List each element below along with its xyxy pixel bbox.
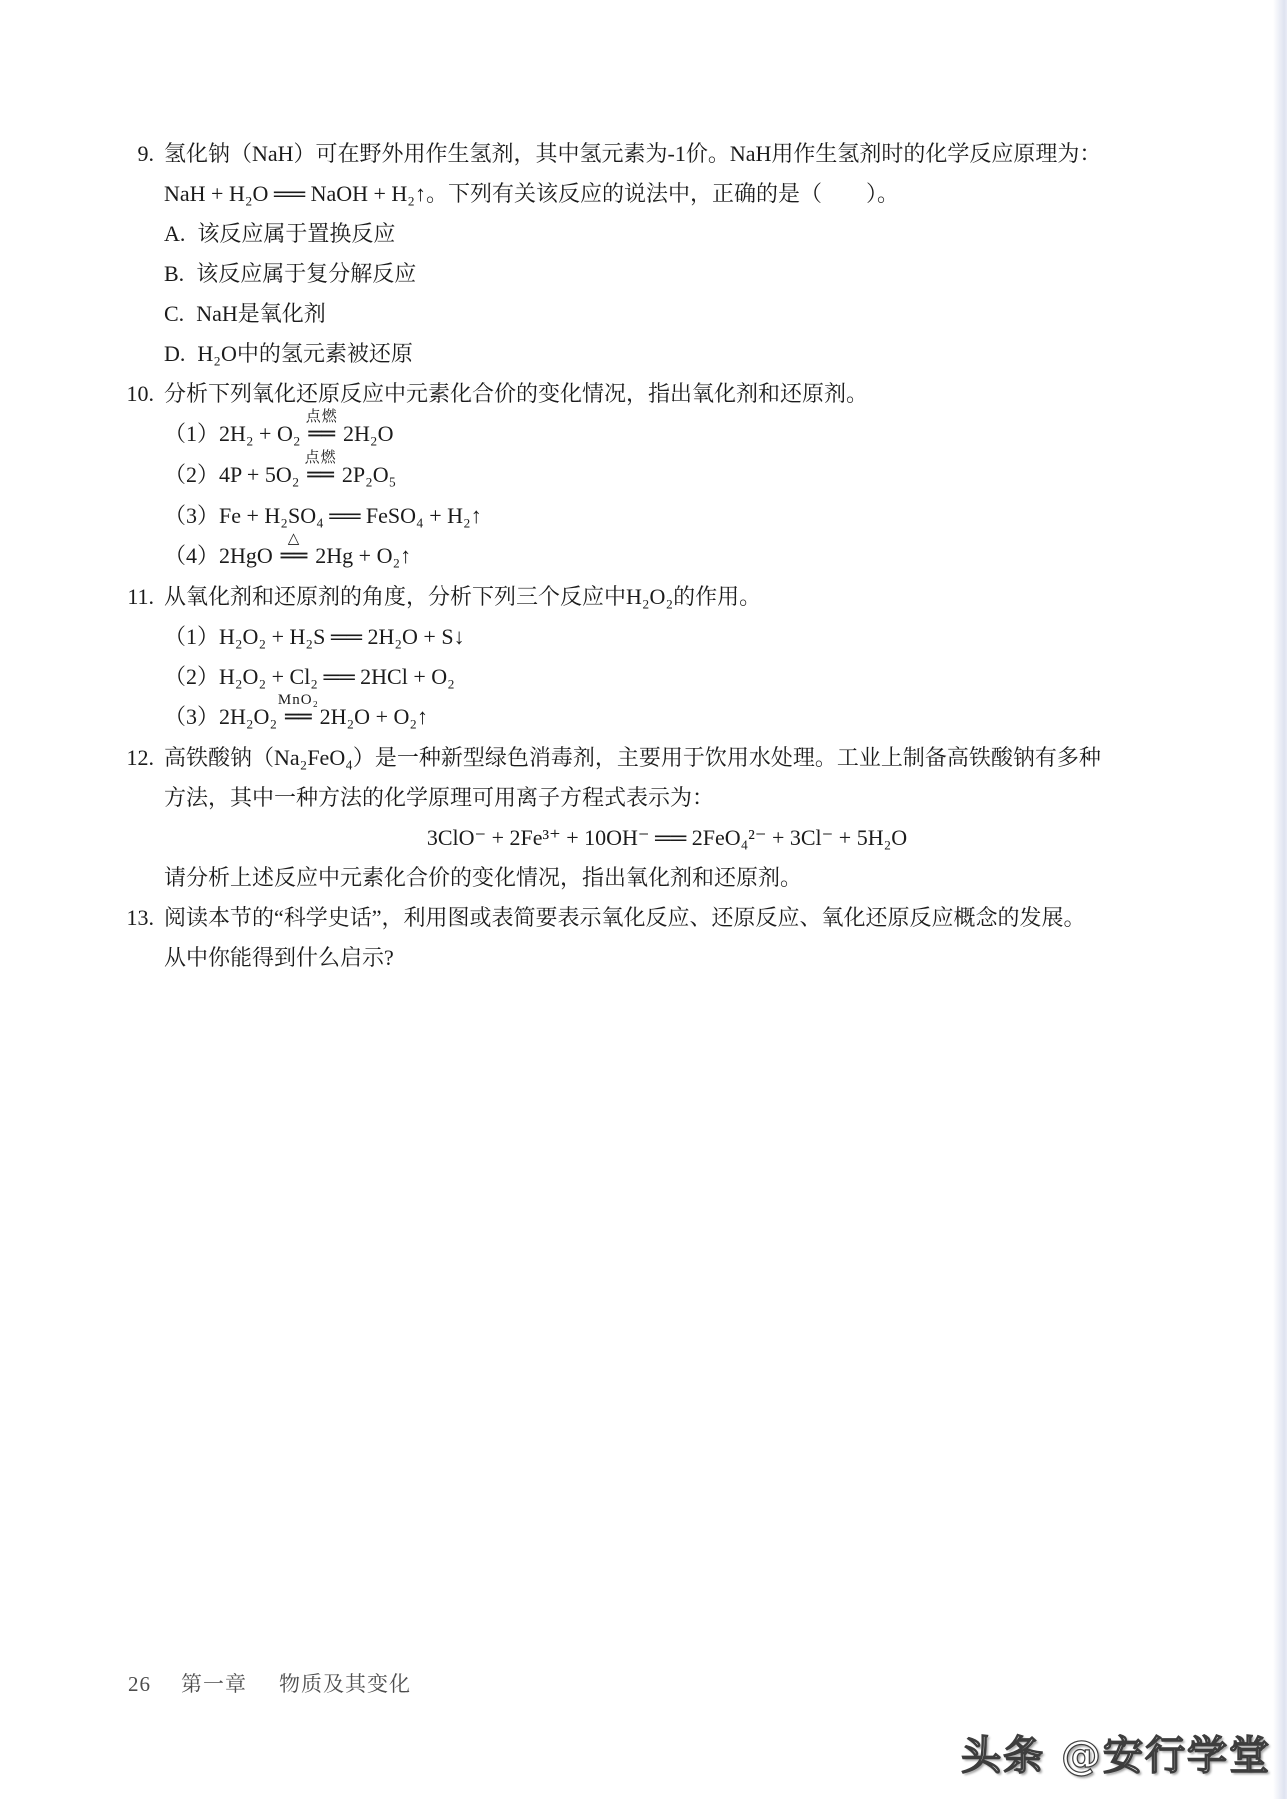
question-9-option-c: C.NaH是氧化剂 <box>164 294 1170 334</box>
equation-left: （2）4P + 5O₂ <box>164 462 299 487</box>
question-9-equation-line: NaH + H₂O ══ NaOH + H₂↑。下列有关该反应的说法中，正确的是… <box>164 174 1170 214</box>
question-13-stem-line2: 从中你能得到什么启示? <box>164 938 1170 978</box>
double-equals-symbol: ══ <box>309 422 336 447</box>
equation-right: 2P₂O₅ <box>342 462 396 487</box>
double-equals-symbol: ══ <box>285 705 312 730</box>
equation-left: （4）2HgO <box>164 543 273 568</box>
option-label: A. <box>164 221 185 246</box>
option-label: C. <box>164 301 184 326</box>
equation-right: 2Hg + O₂↑ <box>315 543 411 568</box>
equation-line-10-3: （3）Fe + H₂SO₄ ══ FeSO₄ + H₂↑ <box>164 496 1170 536</box>
section-title: 物质及其变化 <box>279 1672 411 1696</box>
reaction-condition-label: MnO₂ <box>278 693 319 708</box>
page-footer: 26第一章物质及其变化 <box>128 1668 411 1698</box>
reaction-condition-equals: △══ <box>281 536 308 577</box>
option-text: NaH是氧化剂 <box>196 301 326 326</box>
question-13: 13. 阅读本节的“科学史话”，利用图或表简要表示氧化反应、还原反应、氧化还原反… <box>118 898 1170 978</box>
double-equals-symbol: ══ <box>281 544 308 569</box>
page-edge-shading <box>1273 0 1287 1799</box>
reaction-condition-label: 点燃 <box>305 451 337 466</box>
question-11-number: 11. <box>118 577 154 617</box>
question-12-number: 12. <box>118 738 154 778</box>
question-12-stem-line2: 方法，其中一种方法的化学原理可用离子方程式表示为： <box>164 778 1170 818</box>
equation-left: （1）2H₂ + O₂ <box>164 421 301 446</box>
equation-right: 2H₂O <box>343 421 393 446</box>
question-9-stem: 氢化钠（NaH）可在野外用作生氢剂，其中氢元素为-1价。NaH用作生氢剂时的化学… <box>164 134 1170 174</box>
option-text: 该反应属于复分解反应 <box>196 261 416 286</box>
page-number: 26 <box>128 1672 151 1696</box>
ionic-equation: 3ClO⁻ + 2Fe³⁺ + 10OH⁻ ══ 2FeO₄²⁻ + 3Cl⁻ … <box>164 818 1170 858</box>
option-label: D. <box>164 341 185 366</box>
equation-line-11-2: （2）H₂O₂ + Cl₂ ══ 2HCl + O₂ <box>164 657 1170 697</box>
reaction-condition-label: 点燃 <box>306 410 338 425</box>
chapter-label: 第一章 <box>181 1672 247 1696</box>
question-9: 9. 氢化钠（NaH）可在野外用作生氢剂，其中氢元素为-1价。NaH用作生氢剂时… <box>118 134 1170 374</box>
question-9-option-d: D.H₂O中的氢元素被还原 <box>164 334 1170 374</box>
question-11: 11. 从氧化剂和还原剂的角度，分析下列三个反应中H₂O₂的作用。 （1）H₂O… <box>118 577 1170 738</box>
question-10-number: 10. <box>118 374 154 414</box>
question-9-number: 9. <box>118 134 154 174</box>
question-12-stem-line3: 请分析上述反应中元素化合价的变化情况，指出氧化剂和还原剂。 <box>164 858 1170 898</box>
equation-line-10-4: （4）2HgO△══2Hg + O₂↑ <box>164 536 1170 577</box>
question-11-stem: 从氧化剂和还原剂的角度，分析下列三个反应中H₂O₂的作用。 <box>164 577 1170 617</box>
question-9-option-b: B.该反应属于复分解反应 <box>164 254 1170 294</box>
question-10-stem: 分析下列氧化还原反应中元素化合价的变化情况，指出氧化剂和还原剂。 <box>164 374 1170 414</box>
question-9-option-a: A.该反应属于置换反应 <box>164 214 1170 254</box>
equation-line-11-3: （3）2H₂O₂MnO₂══2H₂O + O₂↑ <box>164 697 1170 738</box>
equation-line-10-1: （1）2H₂ + O₂点燃══2H₂O <box>164 414 1170 455</box>
reaction-condition-equals: 点燃══ <box>307 455 334 496</box>
watermark: 头条 @安行学堂 <box>961 1724 1271 1781</box>
double-equals-symbol: ══ <box>307 463 334 488</box>
textbook-page: 9. 氢化钠（NaH）可在野外用作生氢剂，其中氢元素为-1价。NaH用作生氢剂时… <box>0 0 1287 1799</box>
option-text: H₂O中的氢元素被还原 <box>197 341 412 366</box>
option-label: B. <box>164 261 184 286</box>
question-10: 10. 分析下列氧化还原反应中元素化合价的变化情况，指出氧化剂和还原剂。 （1）… <box>118 374 1170 577</box>
question-13-number: 13. <box>118 898 154 938</box>
equation-line-10-2: （2）4P + 5O₂点燃══2P₂O₅ <box>164 455 1170 496</box>
reaction-condition-equals: 点燃══ <box>309 414 336 455</box>
question-12: 12. 高铁酸钠（Na₂FeO₄）是一种新型绿色消毒剂，主要用于饮用水处理。工业… <box>118 738 1170 898</box>
equation-line-11-1: （1）H₂O₂ + H₂S ══ 2H₂O + S↓ <box>164 617 1170 657</box>
equation-right: 2H₂O + O₂↑ <box>320 704 428 729</box>
question-13-stem-line1: 阅读本节的“科学史话”，利用图或表简要表示氧化反应、还原反应、氧化还原反应概念的… <box>164 898 1170 938</box>
equation-left: （3）2H₂O₂ <box>164 704 277 729</box>
reaction-condition-label: △ <box>288 532 301 547</box>
question-12-stem-line1: 高铁酸钠（Na₂FeO₄）是一种新型绿色消毒剂，主要用于饮用水处理。工业上制备高… <box>164 738 1170 778</box>
option-text: 该反应属于置换反应 <box>197 221 395 246</box>
exercise-content: 9. 氢化钠（NaH）可在野外用作生氢剂，其中氢元素为-1价。NaH用作生氢剂时… <box>118 134 1170 978</box>
reaction-condition-equals: MnO₂══ <box>285 697 312 738</box>
